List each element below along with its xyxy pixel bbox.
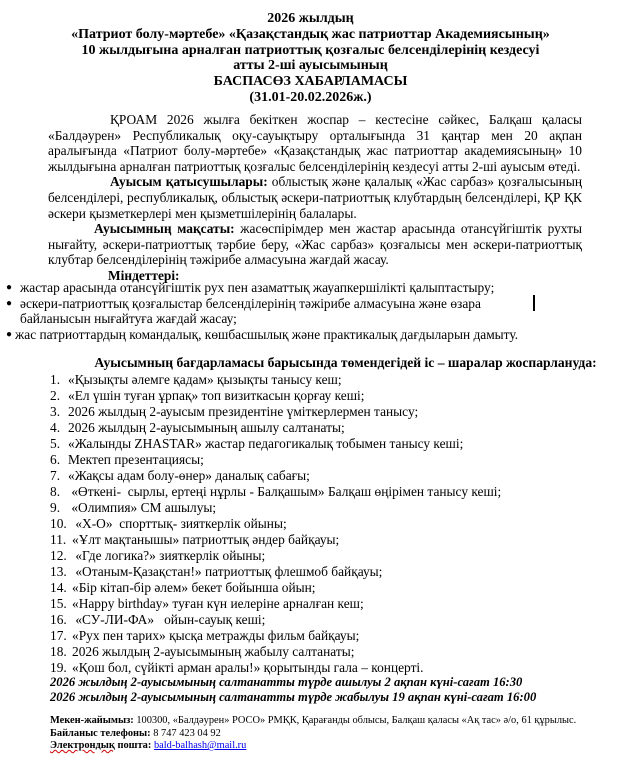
program-item-number: 8.: [50, 484, 68, 500]
program-item-text: «Олимпия» СМ ашылуы;: [68, 500, 216, 516]
program-item: 10. «Х-О» спорттық- зияткерлік ойыны;: [50, 516, 501, 532]
email-link[interactable]: bald-balhash@mail.ru: [154, 740, 246, 751]
program-item: 2.«Ел үшін туған ұрпақ» топ визиткасын қ…: [50, 388, 501, 404]
program-item: 13. «Отаным-Қазақстан!» патриоттық флешм…: [50, 564, 501, 580]
program-item-text: «СУ-ЛИ-ФА» ойын-сауық кеші;: [72, 612, 265, 628]
header-shift: атты 2-ші ауысымының: [0, 58, 621, 74]
program-item: 5.«Жалынды ZHASTAR» жастар педагогикалық…: [50, 436, 501, 452]
program-item-number: 3.: [50, 404, 68, 420]
closing-time: 2026 жылдың 2-ауысымының салтанатты түрд…: [50, 690, 536, 705]
opening-time: 2026 жылдың 2-ауысымының салтанатты түрд…: [50, 675, 536, 690]
program-item-number: 9.: [50, 500, 68, 516]
header-year: 2026 жылдың: [0, 11, 621, 27]
program-item: 12. «Где логика?» зияткерлік ойыны;: [50, 548, 501, 564]
program-item: 3.2026 жылдың 2-ауысым президентіне үміт…: [50, 404, 501, 420]
task-item-continuation: байланысын нығайтуға жағдай жасау;: [6, 311, 606, 327]
program-item-text: «Х-О» спорттық- зияткерлік ойыны;: [72, 516, 287, 532]
program-item: 8. «Өткені- сырлы, ертеңі нұрлы - Балқаш…: [50, 484, 501, 500]
program-item-number: 19.: [50, 660, 72, 676]
goal-label: Ауысымның мақсаты:: [94, 221, 235, 236]
phone-label: Байланыс телефоны:: [50, 728, 151, 739]
program-title: Ауысымның бағдарламасы барысында төменде…: [0, 355, 621, 371]
phone-value: 8 747 423 04 92: [151, 728, 221, 739]
task-item: ● жас патриоттардың командалық, көшбасшы…: [6, 327, 606, 343]
header-press-release: БАСПАСӨЗ ХАБАРЛАМАСЫ: [0, 74, 621, 90]
participants-label: Ауысым қатысушылары:: [110, 174, 268, 189]
goal-paragraph: Ауысымның мақсаты: жасөспірімдер мен жас…: [48, 221, 582, 268]
program-item-number: 7.: [50, 468, 68, 484]
program-item: 16. «СУ-ЛИ-ФА» ойын-сауық кеші;: [50, 612, 501, 628]
address-value: 100300, «Балдәурен» РОСО» РМҚК, Қарағанд…: [134, 715, 577, 726]
task-item: ● әскери-патриоттық қозғалыстар белсенді…: [6, 296, 606, 312]
schedule: 2026 жылдың 2-ауысымының салтанатты түрд…: [50, 675, 536, 704]
address-line: Мекен-жайымыз: 100300, «Балдәурен» РОСО»…: [50, 715, 576, 728]
program-item: 15.«Happy birthday» туған күн иелеріне а…: [50, 596, 501, 612]
phone-line: Байланыс телефоны: 8 747 423 04 92: [50, 728, 576, 741]
document-body[interactable]: ҚРОАМ 2026 жылға бекіткен жоспар – кесте…: [48, 112, 582, 284]
program-item-number: 5.: [50, 436, 68, 452]
program-list: 1.«Қызықты әлемге қадам» қызықты танысу …: [50, 372, 501, 676]
program-item-number: 15.: [50, 596, 72, 612]
program-item-text: «Ұлт мақтанышы» патриоттық әндер байқауы…: [72, 532, 339, 548]
bullet-icon: ●: [6, 327, 15, 343]
email-line: Электрондық пошта: bald-balhash@mail.ru: [50, 740, 576, 753]
program-item: 4.2026 жылдың 2-ауысымының ашылу салтана…: [50, 420, 501, 436]
program-item-text: «Happy birthday» туған күн иелеріне арна…: [72, 596, 364, 612]
program-item-number: 18.: [50, 644, 72, 660]
program-item: 18.2026 жылдың 2-ауысымының жабылу салта…: [50, 644, 501, 660]
program-item: 9. «Олимпия» СМ ашылуы;: [50, 500, 501, 516]
program-item: 17.«Рух пен тарих» қысқа метражды фильм …: [50, 628, 501, 644]
bullet-icon: ●: [6, 280, 20, 296]
program-item-number: 13.: [50, 564, 72, 580]
program-item-number: 2.: [50, 388, 68, 404]
document-header: 2026 жылдың «Патриот болу-мәртебе» «Қаза…: [0, 11, 621, 106]
program-item-number: 14.: [50, 580, 72, 596]
program-item: 19.«Қош бол, сүйікті арман аралы!» қорыт…: [50, 660, 501, 676]
program-item-text: 2026 жылдың 2-ауысымының ашылу салтанаты…: [68, 420, 345, 436]
program-item-text: Мектеп презентациясы;: [68, 452, 204, 468]
program-item-number: 17.: [50, 628, 72, 644]
program-item: 7.«Жақсы адам болу-өнер» даналық сабағы;: [50, 468, 501, 484]
intro-paragraph: ҚРОАМ 2026 жылға бекіткен жоспар – кесте…: [48, 112, 582, 174]
program-item-text: «Қош бол, сүйікті арман аралы!» қорытынд…: [72, 660, 424, 676]
program-item-text: 2026 жылдың 2-ауысымының жабылу салтанат…: [72, 644, 354, 660]
header-anniversary: 10 жылдығына арналған патриоттық қозғалы…: [0, 43, 621, 59]
participants-paragraph: Ауысым қатысушылары: облыстық және қалал…: [48, 174, 582, 221]
program-item-text: «Где логика?» зияткерлік ойыны;: [72, 548, 265, 564]
email-label: Электрондық: [50, 740, 115, 751]
program-item-number: 12.: [50, 548, 72, 564]
program-item-text: «Өткені- сырлы, ертеңі нұрлы - Балқашым»…: [68, 484, 501, 500]
tasks-list: ● жастар арасында отансүйгіштік рух пен …: [6, 280, 606, 342]
program-item: 14.«Бір кітап-бір әлем» бекет бойынша ой…: [50, 580, 501, 596]
contact-footer: Мекен-жайымыз: 100300, «Балдәурен» РОСО»…: [50, 715, 576, 753]
program-item-text: «Ел үшін туған ұрпақ» топ визиткасын қор…: [68, 388, 364, 404]
program-item-text: «Отаным-Қазақстан!» патриоттық флешмоб б…: [72, 564, 382, 580]
bullet-icon: ●: [6, 296, 20, 312]
program-item: 1.«Қызықты әлемге қадам» қызықты танысу …: [50, 372, 501, 388]
program-item-text: «Жалынды ZHASTAR» жастар педагогикалық т…: [68, 436, 463, 452]
header-academy: «Патриот болу-мәртебе» «Қазақстандық жас…: [0, 27, 621, 43]
program-item-text: «Қызықты әлемге қадам» қызықты танысу ке…: [68, 372, 342, 388]
text-cursor: [533, 295, 535, 311]
address-label: Мекен-жайымыз:: [50, 715, 134, 726]
header-dates: (31.01-20.02.2026ж.): [0, 90, 621, 106]
program-item-number: 16.: [50, 612, 72, 628]
program-item-text: «Бір кітап-бір әлем» бекет бойынша ойын;: [72, 580, 316, 596]
program-item-number: 11.: [50, 532, 72, 548]
program-item: 6.Мектеп презентациясы;: [50, 452, 501, 468]
program-item-text: «Рух пен тарих» қысқа метражды фильм бай…: [72, 628, 359, 644]
program-item: 11.«Ұлт мақтанышы» патриоттық әндер байқ…: [50, 532, 501, 548]
program-item-number: 6.: [50, 452, 68, 468]
task-item: ● жастар арасында отансүйгіштік рух пен …: [6, 280, 606, 296]
program-item-number: 4.: [50, 420, 68, 436]
program-item-text: 2026 жылдың 2-ауысым президентіне үмітке…: [68, 404, 418, 420]
program-item-text: «Жақсы адам болу-өнер» даналық сабағы;: [68, 468, 310, 484]
program-item-number: 1.: [50, 372, 68, 388]
program-item-number: 10.: [50, 516, 72, 532]
